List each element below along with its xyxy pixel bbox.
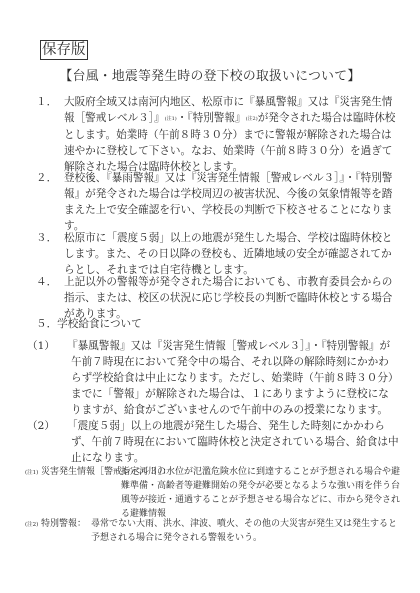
item-text-part: ・『特別警報』 bbox=[177, 112, 246, 124]
item-text: 松原市に「震度５弱」以上の地震が発生した場合、学校は臨時休校とします。また、その… bbox=[64, 230, 398, 278]
sub-item-1: （1） 『暴風警報』又は『災害発生情報［警戒レベル３］』・『特別警報』が午前７時… bbox=[27, 338, 399, 418]
footnote-tag: (注1) bbox=[25, 466, 38, 480]
footnote-term: 特別警報： bbox=[41, 517, 86, 531]
footnote-ref-1: (注1) bbox=[165, 116, 177, 122]
section-heading-lunch: ５．学校給食について bbox=[36, 316, 142, 332]
footnote-2: (注2) 特別警報： 尋常でない大雨、洪水、津波、噴火、その他の大災害が発生又は… bbox=[25, 517, 403, 545]
item-number: ４． bbox=[36, 274, 62, 290]
archive-stamp: 保存版 bbox=[40, 40, 88, 60]
document-page: 保存版 【台風・地震等発生時の登下校の取扱いについて】 １． 大阪府全域又は南河… bbox=[0, 0, 420, 593]
footnote-ref-2: (注2) bbox=[246, 116, 258, 122]
item-text: 上記以外の警報等が発令された場合においても、市教育委員会からの指示、または、校区… bbox=[64, 274, 398, 322]
sub-item-text: 「震度５弱」以上の地震が発生した場合、発生した時刻にかかわらず、午前７時現在にお… bbox=[71, 418, 399, 466]
item-number: ３． bbox=[36, 230, 62, 246]
footnote-tag: (注2) bbox=[25, 518, 38, 532]
list-item-4: ４． 上記以外の警報等が発令された場合においても、市教育委員会からの指示、または… bbox=[36, 274, 398, 322]
sub-item-number: （1） bbox=[27, 338, 67, 354]
item-text: 登校後、『暴雨警報』又は『災害発生情報［警戒レベル３］』・『特別警報』が発令され… bbox=[64, 170, 398, 234]
item-text: 大阪府全域又は南河内地区、松原市に『暴風警報』又は『災害発生情報［警戒レベル３］… bbox=[64, 94, 398, 175]
list-item-1: １． 大阪府全域又は南河内地区、松原市に『暴風警報』又は『災害発生情報［警戒レベ… bbox=[36, 94, 398, 175]
document-title: 【台風・地震等発生時の登下校の取扱いについて】 bbox=[0, 69, 420, 85]
item-number: ２． bbox=[36, 170, 62, 186]
item-number: １． bbox=[36, 94, 62, 110]
list-item-3: ３． 松原市に「震度５弱」以上の地震が発生した場合、学校は臨時休校とします。また… bbox=[36, 230, 398, 278]
sub-item-2: （2） 「震度５弱」以上の地震が発生した場合、発生した時刻にかかわらず、午前７時… bbox=[27, 418, 399, 466]
sub-item-number: （2） bbox=[27, 418, 67, 434]
list-item-2: ２． 登校後、『暴雨警報』又は『災害発生情報［警戒レベル３］』・『特別警報』が発… bbox=[36, 170, 398, 234]
footnote-term: 災害発生情報［警戒レベル３］： bbox=[41, 465, 172, 479]
footnote-description: 尋常でない大雨、洪水、津波、噴火、その他の大災害が発生又は発生すると予想される場… bbox=[91, 517, 403, 545]
footnote-1: (注1) 災害発生情報［警戒レベル３］： 指定河川の水位が氾濫危険水位に到達する… bbox=[25, 465, 403, 521]
sub-item-text: 『暴風警報』又は『災害発生情報［警戒レベル３］』・『特別警報』が午前７時現在にお… bbox=[71, 338, 399, 418]
